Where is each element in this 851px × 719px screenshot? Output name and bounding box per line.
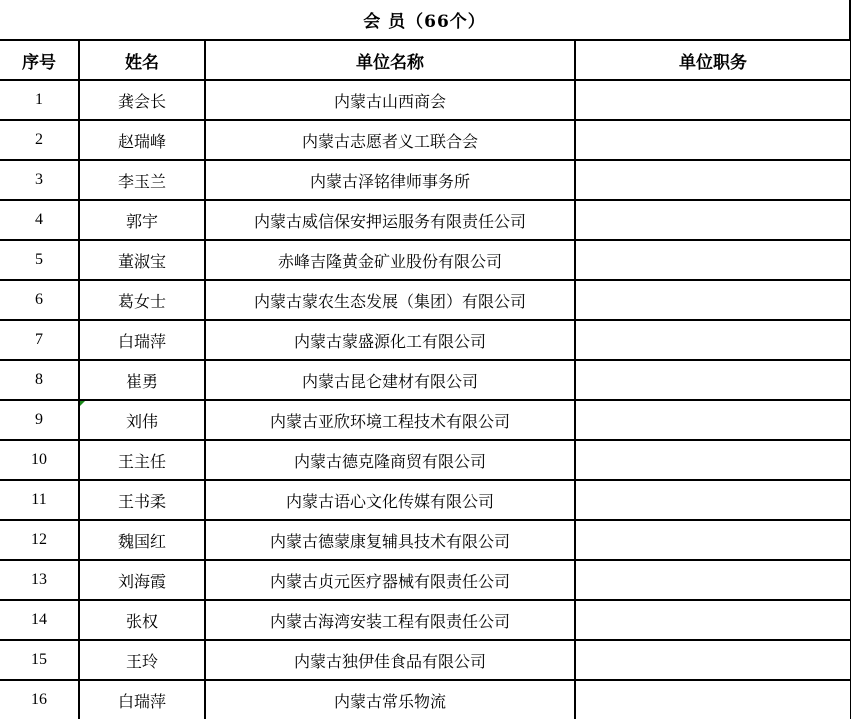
unit-name-cell-text: 内蒙古志愿者义工联合会 xyxy=(302,132,478,151)
table-row: 3李玉兰内蒙古泽铭律师事务所 xyxy=(0,160,851,200)
unit-name-cell[interactable]: 内蒙古海湾安装工程有限责任公司 xyxy=(205,600,575,640)
name-cell-text: 王主任 xyxy=(118,452,166,471)
row-number-cell[interactable]: 11 xyxy=(0,480,79,520)
row-number-cell[interactable]: 4 xyxy=(0,200,79,240)
unit-name-cell-text: 内蒙古语心文化传媒有限公司 xyxy=(286,492,494,511)
row-number-cell[interactable]: 3 xyxy=(0,160,79,200)
unit-role-cell[interactable] xyxy=(575,480,851,520)
row-number-cell[interactable]: 13 xyxy=(0,560,79,600)
column-header-no[interactable]: 序号 xyxy=(0,40,79,80)
unit-name-cell-text: 赤峰吉隆黄金矿业股份有限公司 xyxy=(278,252,502,271)
row-number-cell[interactable]: 2 xyxy=(0,120,79,160)
table-row: 8崔勇内蒙古昆仑建材有限公司 xyxy=(0,360,851,400)
name-cell-text: 白瑞萍 xyxy=(118,692,166,711)
unit-name-cell-text: 内蒙古山西商会 xyxy=(334,92,446,111)
row-number-cell-text: 5 xyxy=(35,251,43,268)
row-number-cell-text: 16 xyxy=(31,691,47,708)
unit-name-cell[interactable]: 内蒙古独伊佳食品有限公司 xyxy=(205,640,575,680)
unit-role-cell[interactable] xyxy=(575,160,851,200)
name-cell[interactable]: 白瑞萍 xyxy=(79,680,205,719)
name-cell[interactable]: 郭宇 xyxy=(79,200,205,240)
unit-role-cell[interactable] xyxy=(575,520,851,560)
row-number-cell[interactable]: 9 xyxy=(0,400,79,440)
name-cell[interactable]: 龚会长 xyxy=(79,80,205,120)
unit-name-cell-text: 内蒙古泽铭律师事务所 xyxy=(310,172,470,191)
row-number-cell[interactable]: 1 xyxy=(0,80,79,120)
row-number-cell[interactable]: 6 xyxy=(0,280,79,320)
unit-name-cell-text: 内蒙古蒙农生态发展（集团）有限公司 xyxy=(254,292,526,311)
unit-name-cell-text: 内蒙古海湾安装工程有限责任公司 xyxy=(270,612,510,631)
table-title[interactable]: 会 员（66个） xyxy=(0,0,851,39)
row-number-cell[interactable]: 14 xyxy=(0,600,79,640)
unit-name-cell[interactable]: 内蒙古蒙盛源化工有限公司 xyxy=(205,320,575,360)
unit-role-cell[interactable] xyxy=(575,440,851,480)
header-row: 序号 姓名 单位名称 单位职务 xyxy=(0,40,851,80)
name-cell[interactable]: 董淑宝 xyxy=(79,240,205,280)
unit-name-cell-text: 内蒙古德蒙康复辅具技术有限公司 xyxy=(270,532,510,551)
table-row: 7白瑞萍内蒙古蒙盛源化工有限公司 xyxy=(0,320,851,360)
name-cell-text: 葛女士 xyxy=(118,292,166,311)
unit-name-cell[interactable]: 内蒙古亚欣环境工程技术有限公司 xyxy=(205,400,575,440)
row-number-cell-text: 1 xyxy=(35,91,43,108)
name-cell-text: 刘海霞 xyxy=(118,572,166,591)
row-number-cell[interactable]: 7 xyxy=(0,320,79,360)
name-cell[interactable]: 赵瑞峰 xyxy=(79,120,205,160)
row-number-cell-text: 3 xyxy=(35,171,43,188)
name-cell-text: 王书柔 xyxy=(118,492,166,511)
unit-role-cell[interactable] xyxy=(575,640,851,680)
unit-name-cell[interactable]: 内蒙古蒙农生态发展（集团）有限公司 xyxy=(205,280,575,320)
unit-name-cell[interactable]: 内蒙古泽铭律师事务所 xyxy=(205,160,575,200)
row-number-cell-text: 11 xyxy=(31,491,46,508)
row-number-cell-text: 10 xyxy=(31,451,47,468)
name-cell-text: 张权 xyxy=(126,612,158,631)
unit-role-cell[interactable] xyxy=(575,280,851,320)
unit-name-cell[interactable]: 内蒙古语心文化传媒有限公司 xyxy=(205,480,575,520)
unit-role-cell[interactable] xyxy=(575,360,851,400)
unit-role-cell[interactable] xyxy=(575,400,851,440)
name-cell[interactable]: 魏国红 xyxy=(79,520,205,560)
name-cell-text: 郭宇 xyxy=(126,212,158,231)
table-row: 9刘伟内蒙古亚欣环境工程技术有限公司 xyxy=(0,400,851,440)
row-number-cell-text: 13 xyxy=(31,571,47,588)
table-row: 15王玲内蒙古独伊佳食品有限公司 xyxy=(0,640,851,680)
unit-name-cell-text: 内蒙古独伊佳食品有限公司 xyxy=(294,652,486,671)
unit-name-cell-text: 内蒙古常乐物流 xyxy=(334,692,446,711)
name-cell-text: 白瑞萍 xyxy=(118,332,166,351)
row-number-cell[interactable]: 15 xyxy=(0,640,79,680)
table-row: 4郭宇内蒙古威信保安押运服务有限责任公司 xyxy=(0,200,851,240)
table-body: 1龚会长内蒙古山西商会2赵瑞峰内蒙古志愿者义工联合会3李玉兰内蒙古泽铭律师事务所… xyxy=(0,80,851,719)
name-cell[interactable]: 李玉兰 xyxy=(79,160,205,200)
name-cell[interactable]: 崔勇 xyxy=(79,360,205,400)
table-row: 5董淑宝赤峰吉隆黄金矿业股份有限公司 xyxy=(0,240,851,280)
unit-name-cell-text: 内蒙古威信保安押运服务有限责任公司 xyxy=(254,212,526,231)
comment-indicator-icon[interactable] xyxy=(80,401,85,406)
row-number-cell[interactable]: 5 xyxy=(0,240,79,280)
unit-name-cell[interactable]: 赤峰吉隆黄金矿业股份有限公司 xyxy=(205,240,575,280)
column-header-unit[interactable]: 单位名称 xyxy=(205,40,575,80)
row-number-cell[interactable]: 10 xyxy=(0,440,79,480)
unit-name-cell-text: 内蒙古昆仑建材有限公司 xyxy=(302,372,478,391)
name-cell-text: 王玲 xyxy=(126,652,158,671)
unit-name-cell-text: 内蒙古亚欣环境工程技术有限公司 xyxy=(270,412,510,431)
row-number-cell-text: 8 xyxy=(35,371,43,388)
unit-role-cell[interactable] xyxy=(575,560,851,600)
name-cell-text: 崔勇 xyxy=(126,372,158,391)
unit-name-cell[interactable]: 内蒙古威信保安押运服务有限责任公司 xyxy=(205,200,575,240)
row-number-cell-text: 7 xyxy=(35,331,43,348)
unit-name-cell[interactable]: 内蒙古贞元医疗器械有限责任公司 xyxy=(205,560,575,600)
name-cell[interactable]: 王书柔 xyxy=(79,480,205,520)
table-row: 13刘海霞内蒙古贞元医疗器械有限责任公司 xyxy=(0,560,851,600)
table-row: 1龚会长内蒙古山西商会 xyxy=(0,80,851,120)
name-cell[interactable]: 王玲 xyxy=(79,640,205,680)
row-number-cell[interactable]: 8 xyxy=(0,360,79,400)
name-cell[interactable]: 白瑞萍 xyxy=(79,320,205,360)
table-row: 10王主任内蒙古德克隆商贸有限公司 xyxy=(0,440,851,480)
table-row: 14张权内蒙古海湾安装工程有限责任公司 xyxy=(0,600,851,640)
table-row: 11王书柔内蒙古语心文化传媒有限公司 xyxy=(0,480,851,520)
name-cell-text: 刘伟 xyxy=(126,412,158,431)
row-number-cell-text: 9 xyxy=(35,411,43,428)
unit-name-cell[interactable]: 内蒙古志愿者义工联合会 xyxy=(205,120,575,160)
unit-name-cell[interactable]: 内蒙古山西商会 xyxy=(205,80,575,120)
unit-name-cell-text: 内蒙古蒙盛源化工有限公司 xyxy=(294,332,486,351)
table-row: 16白瑞萍内蒙古常乐物流 xyxy=(0,680,851,719)
name-cell-text: 赵瑞峰 xyxy=(118,132,166,151)
name-cell[interactable]: 张权 xyxy=(79,600,205,640)
column-header-role[interactable]: 单位职务 xyxy=(575,40,851,80)
members-table: 序号 姓名 单位名称 单位职务 1龚会长内蒙古山西商会2赵瑞峰内蒙古志愿者义工联… xyxy=(0,39,851,719)
name-cell-text: 董淑宝 xyxy=(118,252,166,271)
row-number-cell-text: 15 xyxy=(31,651,47,668)
unit-name-cell[interactable]: 内蒙古常乐物流 xyxy=(205,680,575,719)
row-number-cell[interactable]: 16 xyxy=(0,680,79,719)
row-number-cell-text: 14 xyxy=(31,611,47,628)
unit-role-cell[interactable] xyxy=(575,240,851,280)
name-cell-text: 李玉兰 xyxy=(118,172,166,191)
unit-name-cell-text: 内蒙古贞元医疗器械有限责任公司 xyxy=(270,572,510,591)
name-cell[interactable]: 葛女士 xyxy=(79,280,205,320)
column-header-name[interactable]: 姓名 xyxy=(79,40,205,80)
row-number-cell-text: 6 xyxy=(35,291,43,308)
unit-name-cell[interactable]: 内蒙古德蒙康复辅具技术有限公司 xyxy=(205,520,575,560)
unit-role-cell[interactable] xyxy=(575,80,851,120)
unit-name-cell-text: 内蒙古德克隆商贸有限公司 xyxy=(294,452,486,471)
row-number-cell[interactable]: 12 xyxy=(0,520,79,560)
name-cell[interactable]: 刘伟 xyxy=(79,400,205,440)
table-row: 12魏国红内蒙古德蒙康复辅具技术有限公司 xyxy=(0,520,851,560)
name-cell[interactable]: 刘海霞 xyxy=(79,560,205,600)
row-number-cell-text: 2 xyxy=(35,131,43,148)
unit-role-cell[interactable] xyxy=(575,600,851,640)
name-cell-text: 龚会长 xyxy=(118,92,166,111)
unit-name-cell[interactable]: 内蒙古昆仑建材有限公司 xyxy=(205,360,575,400)
table-row: 2赵瑞峰内蒙古志愿者义工联合会 xyxy=(0,120,851,160)
unit-role-cell[interactable] xyxy=(575,680,851,719)
name-cell-text: 魏国红 xyxy=(118,532,166,551)
unit-name-cell[interactable]: 内蒙古德克隆商贸有限公司 xyxy=(205,440,575,480)
unit-role-cell[interactable] xyxy=(575,120,851,160)
unit-role-cell[interactable] xyxy=(575,200,851,240)
table-row: 6葛女士内蒙古蒙农生态发展（集团）有限公司 xyxy=(0,280,851,320)
name-cell[interactable]: 王主任 xyxy=(79,440,205,480)
row-number-cell-text: 12 xyxy=(31,531,47,548)
unit-role-cell[interactable] xyxy=(575,320,851,360)
row-number-cell-text: 4 xyxy=(35,211,43,228)
